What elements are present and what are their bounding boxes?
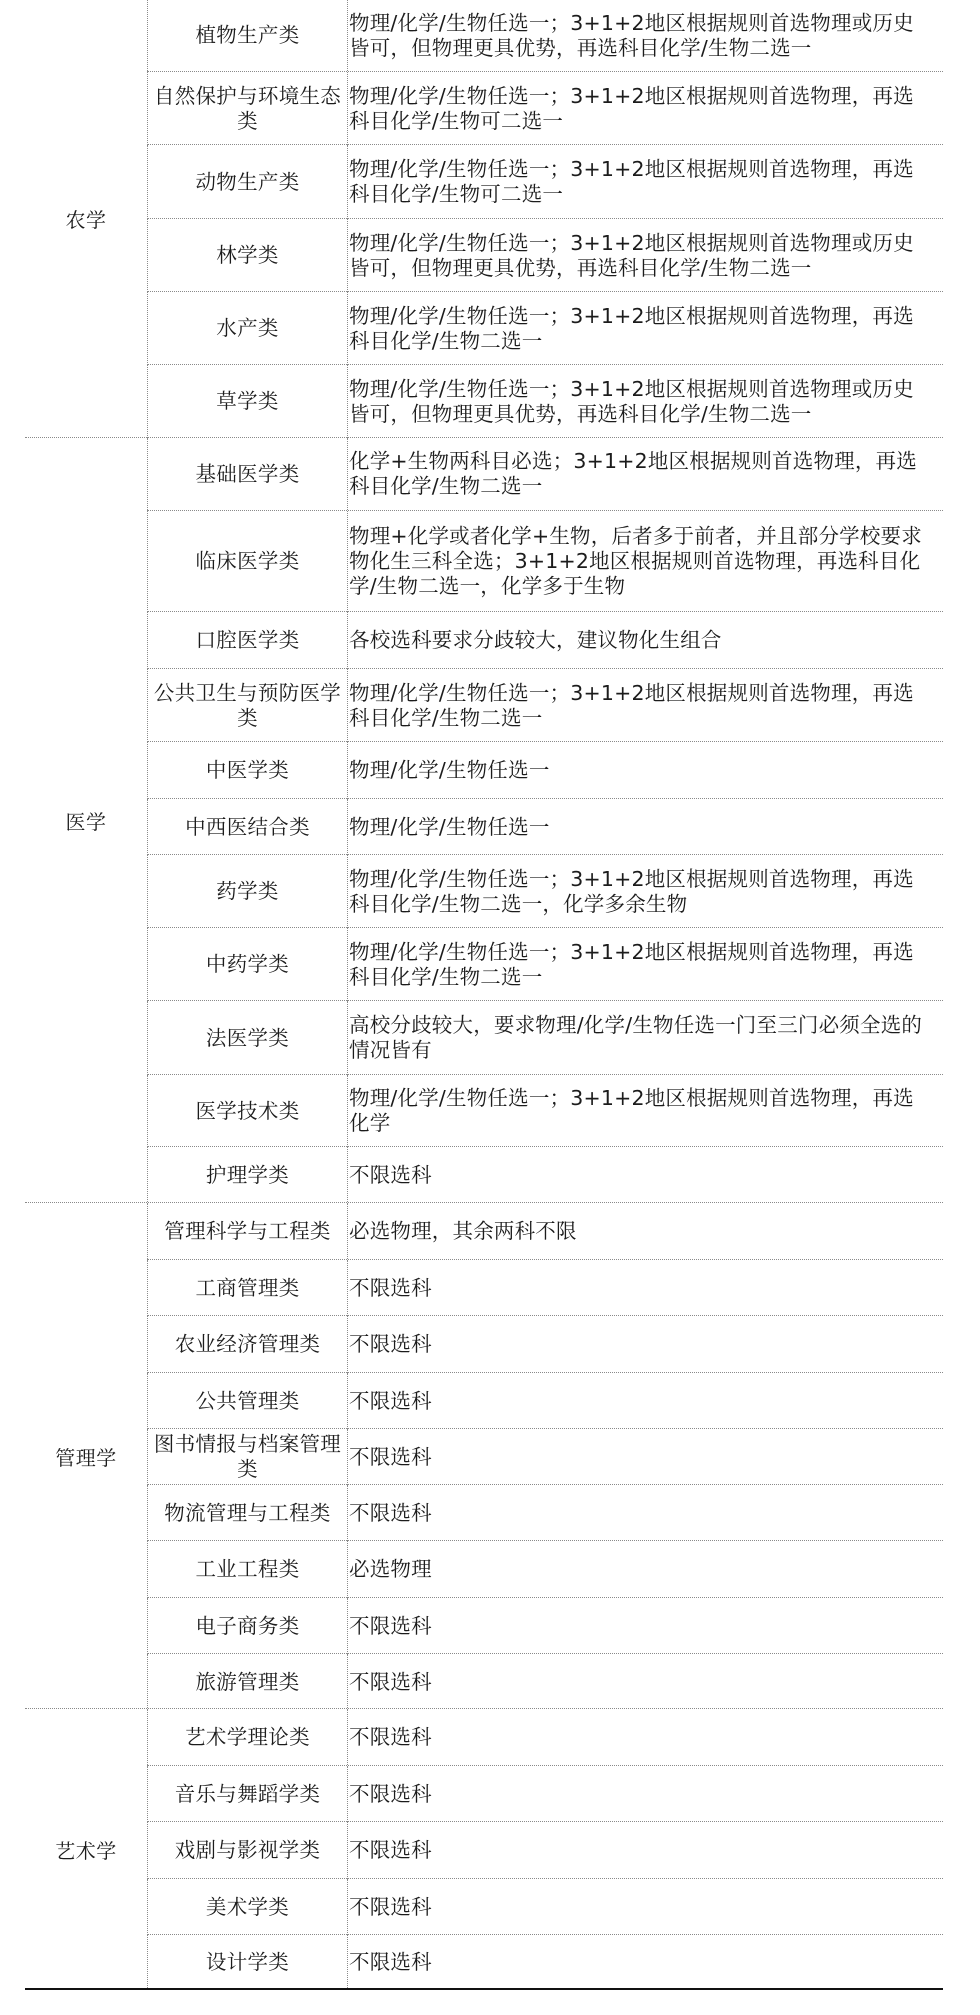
subject-requirement: 物理/化学/生物任选一 bbox=[347, 799, 943, 855]
subject-requirement: 不限选科 bbox=[347, 1429, 943, 1485]
subject-requirement: 物理/化学/生物任选一；3+1+2地区根据规则首选物理，再选化学 bbox=[347, 1075, 943, 1147]
table-bottom-rule bbox=[25, 1988, 943, 1990]
subject-requirement: 物理/化学/生物任选一；3+1+2地区根据规则首选物理，再选科目化学/生物可二选… bbox=[347, 145, 943, 219]
major-name: 音乐与舞蹈学类 bbox=[147, 1766, 347, 1822]
section-agriculture: 农学 植物生产类 物理/化学/生物任选一；3+1+2地区根据规则首选物理或历史皆… bbox=[25, 0, 943, 437]
major-name: 设计学类 bbox=[147, 1935, 347, 1990]
table-row: 中西医结合类 物理/化学/生物任选一 bbox=[147, 798, 943, 855]
table-row: 药学类 物理/化学/生物任选一；3+1+2地区根据规则首选物理，再选科目化学/生… bbox=[147, 854, 943, 928]
section-management: 管理学 管理科学与工程类 必选物理，其余两科不限 工商管理类 不限选科 农业经济… bbox=[25, 1202, 943, 1709]
subject-requirement: 不限选科 bbox=[347, 1654, 943, 1710]
table-row: 临床医学类 物理+化学或者化学+生物，后者多于前者，并且部分学校要求物化生三科全… bbox=[147, 510, 943, 612]
major-name: 口腔医学类 bbox=[147, 612, 347, 669]
table-row: 中药学类 物理/化学/生物任选一；3+1+2地区根据规则首选物理，再选科目化学/… bbox=[147, 927, 943, 1001]
table-row: 设计学类 不限选科 bbox=[147, 1934, 943, 1990]
major-name: 植物生产类 bbox=[147, 0, 347, 71]
subject-requirement: 不限选科 bbox=[347, 1316, 943, 1373]
subject-requirement: 不限选科 bbox=[347, 1147, 943, 1204]
major-name: 基础医学类 bbox=[147, 438, 347, 510]
major-name: 自然保护与环境生态类 bbox=[147, 72, 347, 145]
major-name: 戏剧与影视学类 bbox=[147, 1822, 347, 1879]
table-row: 农业经济管理类 不限选科 bbox=[147, 1315, 943, 1373]
subject-requirement: 不限选科 bbox=[347, 1822, 943, 1879]
subject-requirement: 必选物理，其余两科不限 bbox=[347, 1203, 943, 1259]
table-row: 中医学类 物理/化学/生物任选一 bbox=[147, 741, 943, 799]
category-label: 医学 bbox=[25, 438, 147, 1203]
table-row: 图书情报与档案管理类 不限选科 bbox=[147, 1428, 943, 1485]
subject-requirement: 不限选科 bbox=[347, 1598, 943, 1654]
subject-requirement: 不限选科 bbox=[347, 1373, 943, 1429]
table-row: 基础医学类 化学+生物两科目必选；3+1+2地区根据规则首选物理，再选科目化学/… bbox=[147, 438, 943, 510]
subject-requirement: 物理/化学/生物任选一；3+1+2地区根据规则首选物理，再选科目化学/生物二选一… bbox=[347, 855, 943, 928]
table-row: 护理学类 不限选科 bbox=[147, 1146, 943, 1204]
subject-requirement: 不限选科 bbox=[347, 1260, 943, 1316]
major-name: 林学类 bbox=[147, 219, 347, 292]
subject-requirement: 物理/化学/生物任选一；3+1+2地区根据规则首选物理，再选科目化学/生物可二选… bbox=[347, 72, 943, 145]
major-name: 动物生产类 bbox=[147, 145, 347, 219]
subject-requirement: 各校选科要求分歧较大，建议物化生组合 bbox=[347, 612, 943, 669]
subject-requirement: 物理/化学/生物任选一 bbox=[347, 742, 943, 799]
major-name: 物流管理与工程类 bbox=[147, 1485, 347, 1541]
subject-requirement: 物理+化学或者化学+生物，后者多于前者，并且部分学校要求物化生三科全选；3+1+… bbox=[347, 511, 943, 612]
major-name: 公共卫生与预防医学类 bbox=[147, 669, 347, 742]
major-name: 工业工程类 bbox=[147, 1541, 347, 1598]
major-name: 草学类 bbox=[147, 365, 347, 438]
table-row: 草学类 物理/化学/生物任选一；3+1+2地区根据规则首选物理或历史皆可，但物理… bbox=[147, 364, 943, 438]
subject-requirement: 不限选科 bbox=[347, 1485, 943, 1541]
table-row: 自然保护与环境生态类 物理/化学/生物任选一；3+1+2地区根据规则首选物理，再… bbox=[147, 71, 943, 145]
table-row: 美术学类 不限选科 bbox=[147, 1878, 943, 1935]
table-row: 公共卫生与预防医学类 物理/化学/生物任选一；3+1+2地区根据规则首选物理，再… bbox=[147, 668, 943, 742]
major-name: 农业经济管理类 bbox=[147, 1316, 347, 1373]
table-row: 医学技术类 物理/化学/生物任选一；3+1+2地区根据规则首选物理，再选化学 bbox=[147, 1074, 943, 1147]
table-row: 动物生产类 物理/化学/生物任选一；3+1+2地区根据规则首选物理，再选科目化学… bbox=[147, 144, 943, 219]
major-name: 药学类 bbox=[147, 855, 347, 928]
table-row: 工商管理类 不限选科 bbox=[147, 1259, 943, 1316]
table-row: 工业工程类 必选物理 bbox=[147, 1540, 943, 1598]
subject-requirement: 不限选科 bbox=[347, 1879, 943, 1935]
major-name: 电子商务类 bbox=[147, 1598, 347, 1654]
major-name: 中药学类 bbox=[147, 928, 347, 1001]
subject-requirement: 物理/化学/生物任选一；3+1+2地区根据规则首选物理或历史皆可，但物理更具优势… bbox=[347, 219, 943, 292]
subject-requirement: 不限选科 bbox=[347, 1935, 943, 1990]
major-name: 法医学类 bbox=[147, 1001, 347, 1075]
table-row: 旅游管理类 不限选科 bbox=[147, 1653, 943, 1710]
section-art: 艺术学 艺术学理论类 不限选科 音乐与舞蹈学类 不限选科 戏剧与影视学类 不限选… bbox=[25, 1708, 943, 1989]
subject-requirement: 不限选科 bbox=[347, 1709, 943, 1765]
major-name: 公共管理类 bbox=[147, 1373, 347, 1429]
table-row: 法医学类 高校分歧较大，要求物理/化学/生物任选一门至三门必须全选的情况皆有 bbox=[147, 1000, 943, 1075]
category-label: 农学 bbox=[25, 0, 147, 437]
table-row: 水产类 物理/化学/生物任选一；3+1+2地区根据规则首选物理，再选科目化学/生… bbox=[147, 291, 943, 365]
table-row: 音乐与舞蹈学类 不限选科 bbox=[147, 1765, 943, 1822]
section-medicine: 医学 基础医学类 化学+生物两科目必选；3+1+2地区根据规则首选物理，再选科目… bbox=[25, 437, 943, 1203]
subject-requirement: 高校分歧较大，要求物理/化学/生物任选一门至三门必须全选的情况皆有 bbox=[347, 1001, 943, 1075]
table-row: 口腔医学类 各校选科要求分歧较大，建议物化生组合 bbox=[147, 611, 943, 669]
major-name: 护理学类 bbox=[147, 1147, 347, 1204]
major-name: 图书情报与档案管理类 bbox=[147, 1429, 347, 1485]
subject-requirement: 不限选科 bbox=[347, 1766, 943, 1822]
subject-requirement: 物理/化学/生物任选一；3+1+2地区根据规则首选物理，再选科目化学/生物二选一 bbox=[347, 928, 943, 1001]
table-row: 公共管理类 不限选科 bbox=[147, 1372, 943, 1429]
table-row: 管理科学与工程类 必选物理，其余两科不限 bbox=[147, 1203, 943, 1259]
major-name: 美术学类 bbox=[147, 1879, 347, 1935]
major-name: 水产类 bbox=[147, 292, 347, 365]
table-row: 电子商务类 不限选科 bbox=[147, 1597, 943, 1654]
major-name: 工商管理类 bbox=[147, 1260, 347, 1316]
major-name: 临床医学类 bbox=[147, 511, 347, 612]
table-row: 物流管理与工程类 不限选科 bbox=[147, 1484, 943, 1541]
table-row: 艺术学理论类 不限选科 bbox=[147, 1709, 943, 1765]
subject-requirement: 物理/化学/生物任选一；3+1+2地区根据规则首选物理或历史皆可，但物理更具优势… bbox=[347, 365, 943, 438]
major-name: 艺术学理论类 bbox=[147, 1709, 347, 1765]
major-name: 医学技术类 bbox=[147, 1075, 347, 1147]
major-name: 中西医结合类 bbox=[147, 799, 347, 855]
subject-requirement: 必选物理 bbox=[347, 1541, 943, 1598]
table-row: 植物生产类 物理/化学/生物任选一；3+1+2地区根据规则首选物理或历史皆可，但… bbox=[147, 0, 943, 71]
subject-requirement: 物理/化学/生物任选一；3+1+2地区根据规则首选物理或历史皆可，但物理更具优势… bbox=[347, 0, 943, 71]
table-row: 戏剧与影视学类 不限选科 bbox=[147, 1821, 943, 1879]
major-name: 旅游管理类 bbox=[147, 1654, 347, 1710]
major-name: 管理科学与工程类 bbox=[147, 1203, 347, 1259]
subject-requirement: 物理/化学/生物任选一；3+1+2地区根据规则首选物理，再选科目化学/生物二选一 bbox=[347, 292, 943, 365]
category-label: 管理学 bbox=[25, 1203, 147, 1709]
table-row: 林学类 物理/化学/生物任选一；3+1+2地区根据规则首选物理或历史皆可，但物理… bbox=[147, 218, 943, 292]
subject-requirement: 化学+生物两科目必选；3+1+2地区根据规则首选物理，再选科目化学/生物二选一 bbox=[347, 438, 943, 510]
subject-requirement: 物理/化学/生物任选一；3+1+2地区根据规则首选物理，再选科目化学/生物二选一 bbox=[347, 669, 943, 742]
major-name: 中医学类 bbox=[147, 742, 347, 799]
category-label: 艺术学 bbox=[25, 1709, 147, 1989]
